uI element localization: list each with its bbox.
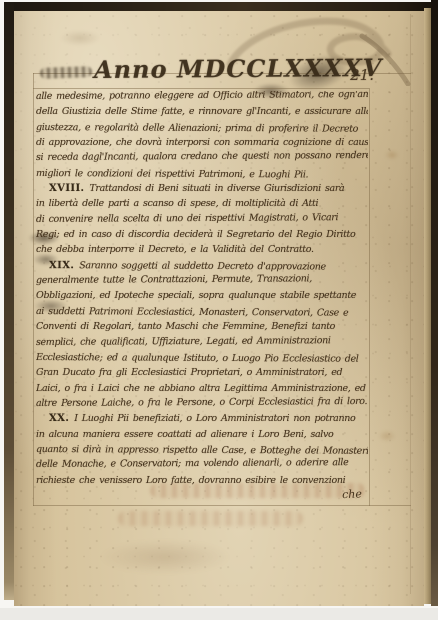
line-text: in libertà delle parti a scanso di spese… xyxy=(36,198,318,209)
ruled-line-right-margin xyxy=(410,14,411,594)
manuscript-line: che debba interporre il Decreto, e la Va… xyxy=(36,244,368,259)
manuscript-line: Ecclesiastiche; ed a qualunque Istituto,… xyxy=(36,352,368,369)
year-title: Anno MDCCLXXXXV xyxy=(94,53,383,84)
manuscript-line: migliori le condizioni dei rispettivi Pa… xyxy=(36,168,368,185)
line-text: richieste che venissero Loro fatte, dovr… xyxy=(36,475,345,486)
line-text: Ecclesiastiche; ed a qualunque Istituto,… xyxy=(36,352,358,365)
manuscript-line: della Giustizia delle Stime fatte, e rin… xyxy=(36,106,368,121)
ruled-line-frame-left xyxy=(33,73,34,506)
manuscript-line: altre Persone Laiche, o fra le Persone, … xyxy=(36,396,368,413)
text-block: alle medesime, potranno eleggere ad Offi… xyxy=(36,91,368,506)
manuscript-line: giustezza, e regolarità delle Alienazion… xyxy=(36,122,368,139)
line-text: quanto si dirà in appresso rispetto alle… xyxy=(36,444,368,457)
ink-smudge xyxy=(40,66,92,79)
manuscript-line: in alcuna maniera essere coattati ad ali… xyxy=(36,429,368,444)
manuscript-line: di convenire nella scelta di uno dei ris… xyxy=(36,212,368,229)
line-text: di convenire nella scelta di uno dei ris… xyxy=(36,212,338,225)
line-text: alle medesime, potranno eleggere ad Offi… xyxy=(36,91,368,102)
line-text: Regi; ed in caso di discordia deciderà i… xyxy=(36,229,355,240)
ruled-line-frame-right xyxy=(369,88,370,506)
photo-bottom-margin xyxy=(0,608,438,620)
manuscript-line: richieste che venissero Loro fatte, dovr… xyxy=(36,475,368,490)
manuscript-line: XX.I Luoghi Pii benefiziati, o Loro Ammi… xyxy=(36,413,368,428)
line-text: delle Monache, e Conservatori; ma volend… xyxy=(36,457,348,470)
line-text: Saranno soggetti al suddetto Decreto d'a… xyxy=(79,260,326,272)
manuscript-line: Regi; ed in caso di discordia deciderà i… xyxy=(36,229,368,244)
manuscript-line: Gran Ducato fra gli Ecclesiastici Propri… xyxy=(36,367,368,382)
line-text: I Luoghi Pii benefiziati, o Loro Amminis… xyxy=(74,413,355,424)
manuscript-photo: Anno MDCCLXXXXV 21. alle medesime, potra… xyxy=(0,0,438,620)
manuscript-line: generalmente tutte le Contrattazioni, Pe… xyxy=(36,273,368,290)
manuscript-line: alle medesime, potranno eleggere ad Offi… xyxy=(36,91,368,106)
manuscript-line: XVIII.Trattandosi di Beni situati in div… xyxy=(36,183,368,198)
line-text: altre Persone Laiche, o fra le Persone, … xyxy=(36,396,367,409)
manuscript-line: si receda dagl'Incanti, qualora credano … xyxy=(36,150,368,167)
book-edge-left xyxy=(4,2,14,600)
line-text: giustezza, e regolarità delle Alienazion… xyxy=(36,122,358,135)
line-text: della Giustizia delle Stime fatte, e rin… xyxy=(36,106,368,117)
manuscript-line: Conventi di Regolari, tanto Maschi che F… xyxy=(36,321,368,336)
line-text: ai suddetti Patrimoni Ecclesiastici, Mon… xyxy=(36,306,348,319)
line-text: migliori le condizioni dei rispettivi Pa… xyxy=(36,168,308,180)
manuscript-line: Obbligazioni, ed Ipoteche speciali, sopr… xyxy=(36,290,368,305)
section-numeral: XIX. xyxy=(49,260,74,271)
book-edge-top xyxy=(4,2,438,11)
page-header: Anno MDCCLXXXXV 21. xyxy=(36,54,410,90)
line-text: in alcuna maniera essere coattati ad ali… xyxy=(36,429,333,440)
section-numeral: XX. xyxy=(49,413,69,424)
catchword: che xyxy=(36,487,368,506)
line-text: Obbligazioni, ed Ipoteche speciali, sopr… xyxy=(36,290,356,301)
section-numeral: XVIII. xyxy=(49,183,84,194)
page-stack-edge xyxy=(424,8,431,604)
manuscript-line: ai suddetti Patrimoni Ecclesiastici, Mon… xyxy=(36,306,368,323)
manuscript-line: delle Monache, e Conservatori; ma volend… xyxy=(36,457,368,474)
line-text: si receda dagl'Incanti, qualora credano … xyxy=(36,150,368,163)
line-text: Gran Ducato fra gli Ecclesiastici Propri… xyxy=(36,367,342,378)
page-number: 21. xyxy=(350,66,374,84)
line-text: che debba interporre il Decreto, e la Va… xyxy=(36,244,314,255)
line-text: semplici, che qualificati, Uffiziature, … xyxy=(36,335,331,348)
line-text: Conventi di Regolari, tanto Maschi che F… xyxy=(36,321,335,332)
line-text: generalmente tutte le Contrattazioni, Pe… xyxy=(36,273,312,286)
book-edge-right xyxy=(431,0,438,606)
manuscript-line: semplici, che qualificati, Uffiziature, … xyxy=(36,334,368,351)
line-text: Laici, o fra i Laici che ne abbiano altr… xyxy=(36,383,366,394)
manuscript-lines: alle medesime, potranno eleggere ad Offi… xyxy=(36,91,368,490)
